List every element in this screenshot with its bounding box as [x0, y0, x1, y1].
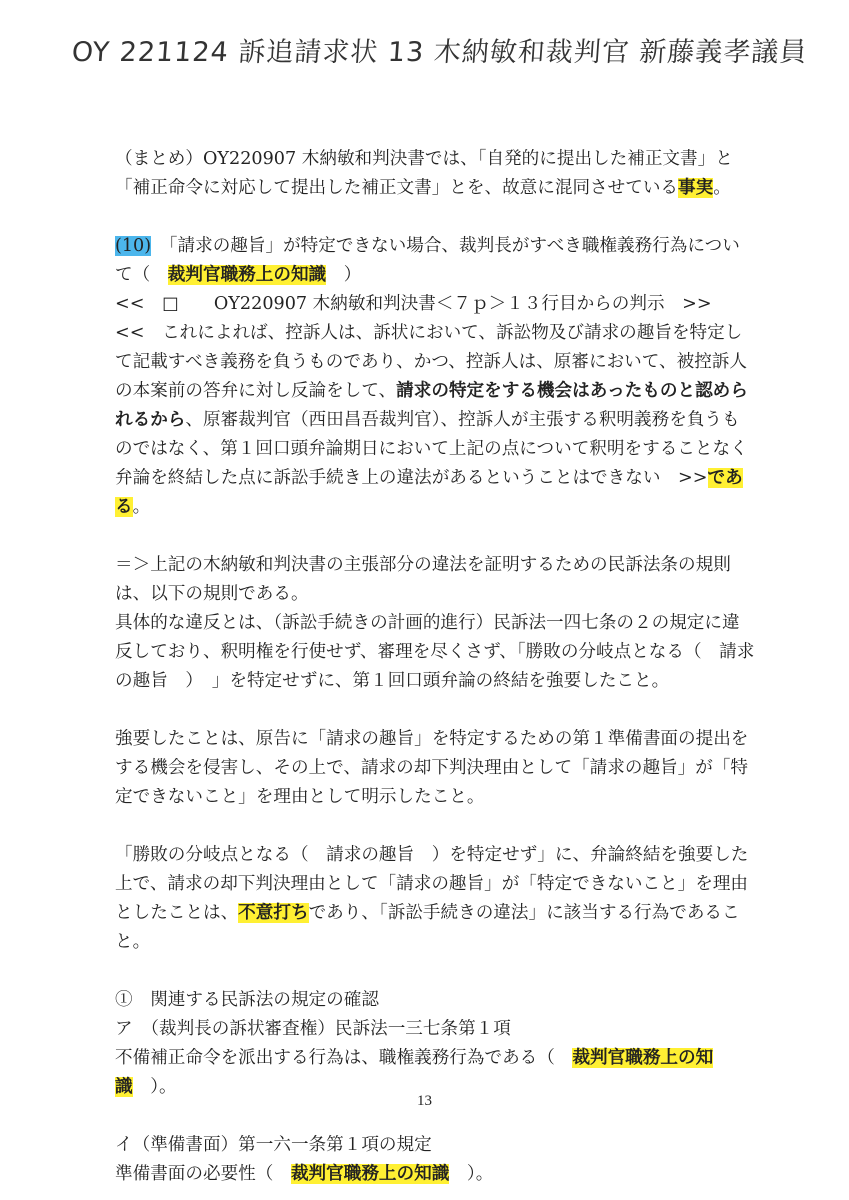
highlight-fact: 事実	[678, 178, 713, 198]
spacer	[115, 522, 755, 551]
section-10-heading: (10) 「請求の趣旨」が特定できない場合、裁判長がすべき職権義務行為について（…	[115, 232, 755, 290]
quote-header: << □ OY220907 木納敏和判決書＜７ｐ＞１３行目からの判示 >>	[115, 290, 755, 319]
item-a-body: 不備補正命令を派出する行為は、職権義務行為である（	[115, 1048, 572, 1068]
spacer	[115, 812, 755, 841]
spacer	[115, 203, 755, 232]
highlight-judge-knowledge-i: 裁判官職務上の知識	[291, 1164, 449, 1184]
highlight-judge-knowledge: 裁判官職務上の知識	[168, 265, 326, 285]
document-body: （まとめ）OY220907 木納敏和判決書では、「自発的に提出した補正文書」と「…	[115, 145, 755, 1189]
quote-end: 。	[133, 497, 151, 517]
item-i-text: 準備書面の必要性（ 裁判官職務上の知識 ）。	[115, 1160, 755, 1189]
item-a-heading: ア （裁判長の訴状審査権）民訴法一三七条第１項	[115, 1015, 755, 1044]
summary-text: （まとめ）OY220907 木納敏和判決書では、「自発的に提出した補正文書」と「…	[115, 149, 733, 198]
spacer	[115, 957, 755, 986]
page-number: 13	[0, 1093, 849, 1110]
item-1-heading: ① 関連する民訴法の規定の確認	[115, 986, 755, 1015]
item-i-heading: イ（準備書面）第一六一条第１項の規定	[115, 1131, 755, 1160]
quote-paragraph: << これによれば、控訴人は、訴状において、訴訟物及び請求の趣旨を特定して記載す…	[115, 319, 755, 522]
surprise-paragraph: 「勝敗の分岐点となる（ 請求の趣旨 ）を特定せず」に、弁論終結を強要した上で、請…	[115, 841, 755, 957]
section-number: (10)	[115, 236, 151, 256]
item-i-body: 準備書面の必要性（	[115, 1164, 291, 1184]
quote-text-2: 、原審裁判官（西田昌吾裁判官）、控訴人が主張する釈明義務を負うものではなく、第１…	[115, 410, 748, 488]
violation-paragraph: 具体的な違反とは、（訴訟手続きの計画的進行）民訴法一四七条の２の規定に違反してお…	[115, 609, 755, 696]
handwritten-title: OY 221124 訴追請求状 13 木納敏和裁判官 新藤義孝議員	[71, 30, 794, 69]
spacer	[115, 696, 755, 725]
summary-paragraph: （まとめ）OY220907 木納敏和判決書では、「自発的に提出した補正文書」と「…	[115, 145, 755, 203]
highlight-surprise: 不意打ち	[238, 903, 308, 923]
coercion-paragraph: 強要したことは、原告に「請求の趣旨」を特定するための第１準備書面の提出をする機会…	[115, 725, 755, 812]
rules-intro: ＝＞上記の木納敏和判決書の主張部分の違法を証明するための民訴法条の規則は、以下の…	[115, 551, 755, 609]
item-i-end: ）。	[449, 1164, 493, 1184]
section-10-end: ）	[326, 265, 361, 285]
summary-end: 。	[713, 178, 731, 198]
